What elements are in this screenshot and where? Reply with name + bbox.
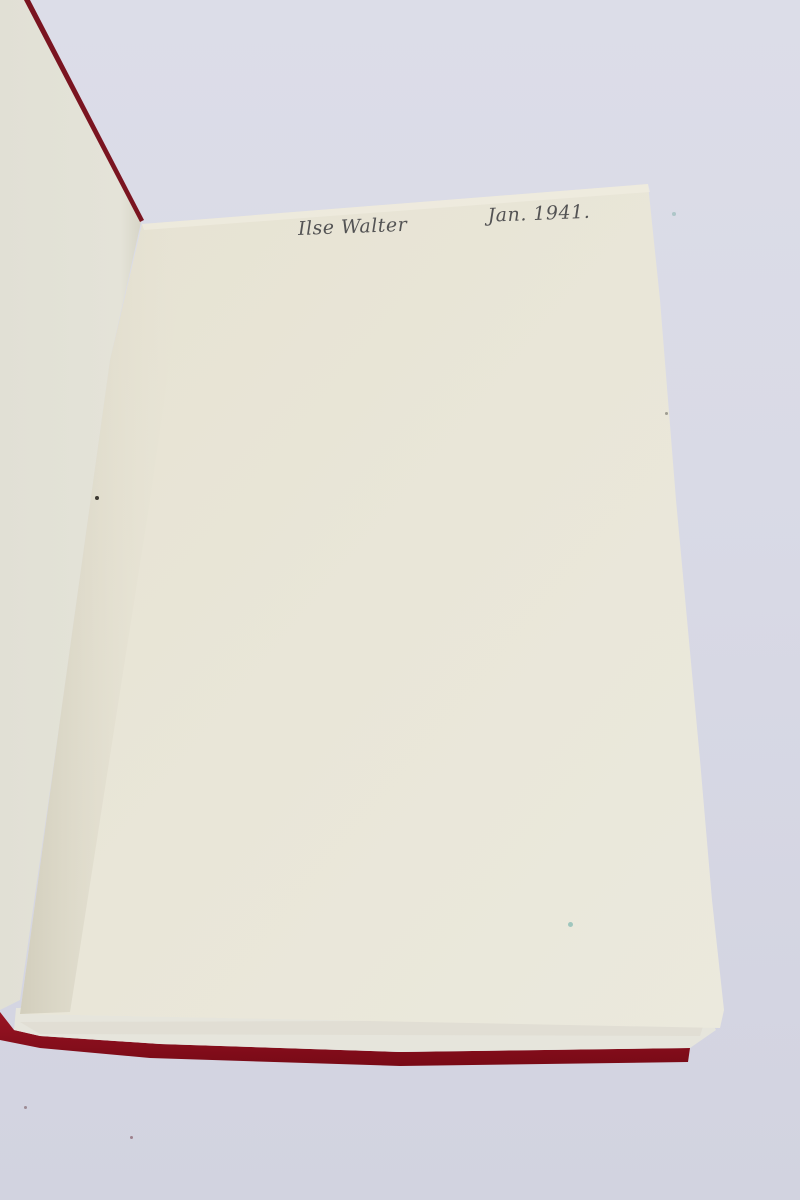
book-illustration <box>0 0 800 1200</box>
paper-speck <box>665 412 668 415</box>
book-photo: Ilse Walter Jan. 1941. <box>0 0 800 1200</box>
paper-speck <box>568 922 573 927</box>
table-speck <box>672 212 676 216</box>
table-speck <box>24 1106 27 1109</box>
table-speck <box>130 1136 133 1139</box>
paper-speck <box>95 496 99 500</box>
inscription-name: Ilse Walter <box>298 214 408 240</box>
inscription-date: Jan. 1941. <box>487 201 590 227</box>
right-page <box>20 184 724 1028</box>
